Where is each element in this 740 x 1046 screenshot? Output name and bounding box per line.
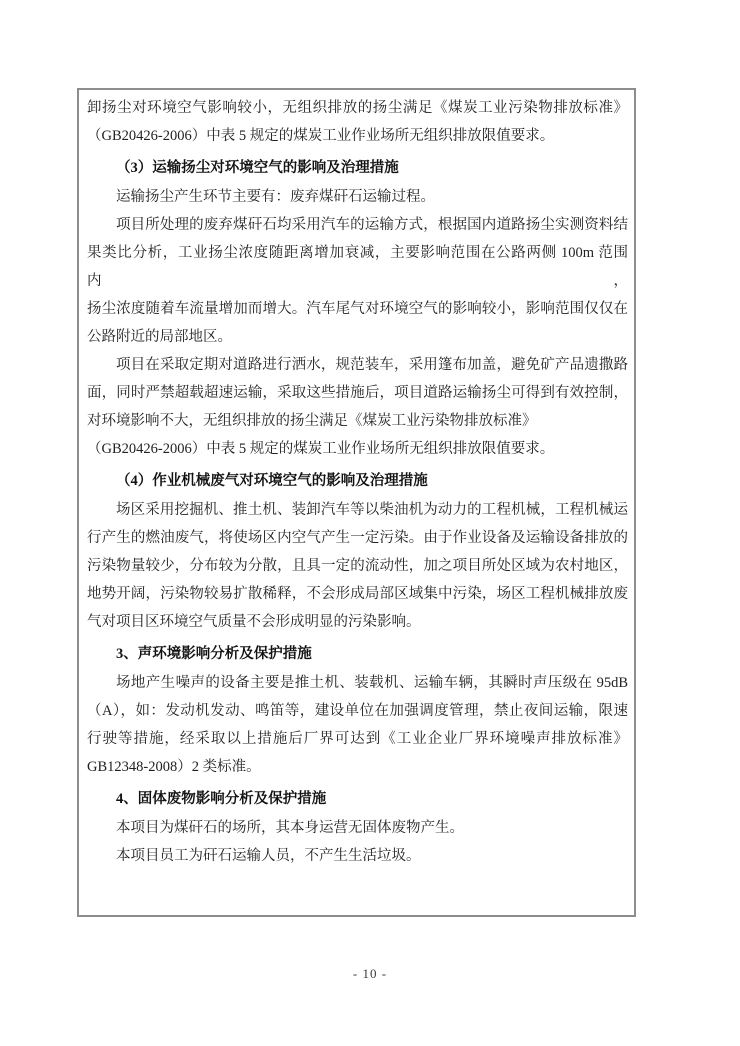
text-line: 场区采用挖掘机、推土机、装卸汽车等以柴油机为动力的工程机械，工程机械运 xyxy=(87,496,628,524)
text-line: GB12348-2008）2 类标准。 xyxy=(87,753,628,781)
report-table-cell: 卸扬尘对环境空气影响较小，无组织排放的扬尘满足《煤炭工业污染物排放标准》 （GB… xyxy=(77,88,636,917)
text-line: 卸扬尘对环境空气影响较小，无组织排放的扬尘满足《煤炭工业污染物排放标准》 xyxy=(87,94,628,122)
text-line: 扬尘浓度随着车流量增加而增大。汽车尾气对环境空气的影响较小，影响范围仅仅在 xyxy=(87,295,628,323)
text-line: （GB20426-2006）中表 5 规定的煤炭工业作业场所无组织排放限值要求。 xyxy=(87,122,628,150)
text-line: 项目在采取定期对道路进行洒水，规范装车，采用篷布加盖，避免矿产品遗撒路 xyxy=(87,351,628,379)
text-line: 公路附近的局部地区。 xyxy=(87,323,628,351)
text-line: 行驶等措施，经采取以上措施后厂界可达到《工业企业厂界环境噪声排放标准》 xyxy=(87,725,628,753)
text-line: 面，同时严禁超载超速运输，采取这些措施后，项目道路运输扬尘可得到有效控制， xyxy=(87,379,628,407)
text-line: 运输扬尘产生环节主要有：废弃煤矸石运输过程。 xyxy=(87,183,628,211)
text-line: 本项目为煤矸石的场所，其本身运营无固体废物产生。 xyxy=(87,814,628,842)
text-line: 果类比分析，工业扬尘浓度随距离增加衰减，主要影响范围在公路两侧 100m 范围内… xyxy=(87,239,628,295)
text-line: 场地产生噪声的设备主要是推土机、装载机、运输车辆，其瞬时声压级在 95dB xyxy=(87,669,628,697)
text-line: 行产生的燃油废气，将使场区内空气产生一定污染。由于作业设备及运输设备排放的 xyxy=(87,524,628,552)
page-number: - 10 - xyxy=(353,966,387,981)
text-line: （A），如：发动机发动、鸣笛等，建设单位在加强调度管理，禁止夜间运输，限速 xyxy=(87,697,628,725)
text-line: 地势开阔，污染物较易扩散稀释，不会形成局部区域集中污染，场区工程机械排放废 xyxy=(87,580,628,608)
text-line: 污染物量较少，分布较为分散，且具一定的流动性，加之项目所处区域为农村地区， xyxy=(87,552,628,580)
text-line: 本项目员工为矸石运输人员，不产生生活垃圾。 xyxy=(87,842,628,870)
text-line: 气对项目区环境空气质量不会形成明显的污染影响。 xyxy=(87,608,628,636)
section-heading: 3、声环境影响分析及保护措施 xyxy=(87,640,628,668)
section-heading: （4）作业机械废气对环境空气的影响及治理措施 xyxy=(87,467,628,495)
text-line: 对环境影响不大，无组织排放的扬尘满足《煤炭工业污染物排放标准》 xyxy=(87,407,628,435)
section-heading: （3）运输扬尘对环境空气的影响及治理措施 xyxy=(87,154,628,182)
section-heading: 4、固体废物影响分析及保护措施 xyxy=(87,785,628,813)
text-line: （GB20426-2006）中表 5 规定的煤炭工业作业场所无组织排放限值要求。 xyxy=(87,435,628,463)
text-line: 项目所处理的废弃煤矸石均采用汽车的运输方式，根据国内道路扬尘实测资料结 xyxy=(87,211,628,239)
page-footer: - 10 - xyxy=(0,966,740,982)
